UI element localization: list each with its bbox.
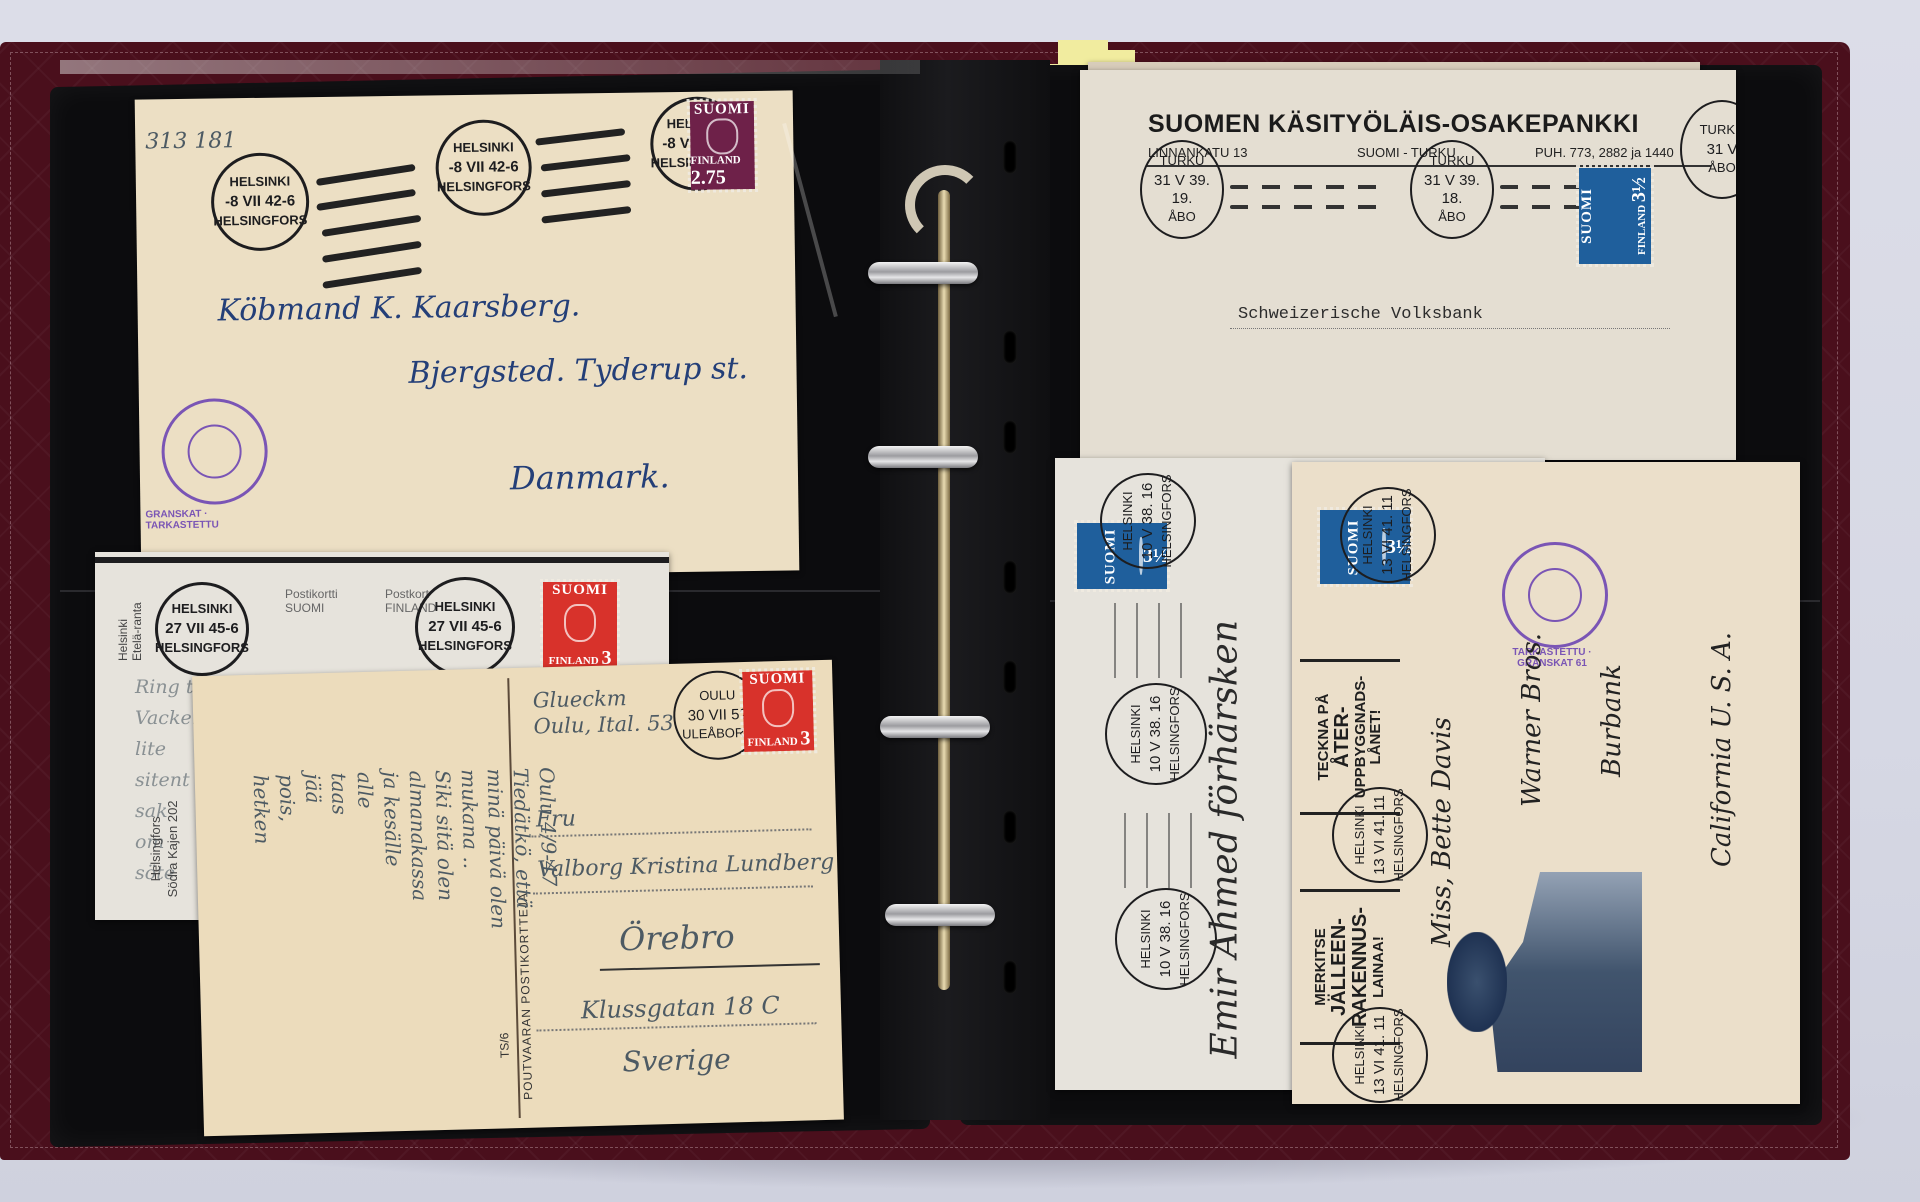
card-side-text: HelsinkiEtelä-ranta xyxy=(116,581,144,661)
address-rule xyxy=(536,1022,816,1031)
postcard-to-sweden[interactable]: POUTVAARAN POSTIKORTTEJA TS/6 Oulu 4/9-4… xyxy=(192,660,844,1137)
postmark: TURKU31 VÅBO xyxy=(1680,100,1736,199)
lion-crest-icon xyxy=(187,424,242,479)
address-line: Örebro xyxy=(619,917,735,958)
stamp-red-3[interactable]: SUOMI FINLAND 3 xyxy=(543,582,617,670)
binder-ring[interactable] xyxy=(885,904,995,926)
stamp-purple-2-75[interactable]: SUOMI FINLAND 2.75 xyxy=(690,101,755,190)
postmark: HELSINKI-8 VII 42-6HELSINGFORS xyxy=(435,119,532,216)
postmark: HELSINKI13 VI 41. 11HELSINGFORS xyxy=(1332,787,1428,883)
address-line: Warner Bros. xyxy=(1517,547,1547,807)
postmark: HELSINKI10 V 38. 16HELSINGFORS xyxy=(1115,888,1217,990)
page-punch-hole xyxy=(1003,420,1017,454)
address-line: Danmark. xyxy=(510,457,670,497)
cancel-line xyxy=(541,154,631,172)
postmark: HELSINKI27 VII 45-6HELSINGFORS xyxy=(155,582,249,676)
address-line: Klussgatan 18 C xyxy=(581,991,781,1024)
page-punch-hole xyxy=(1003,330,1017,364)
lion-crest-icon xyxy=(564,604,596,642)
message-area: Oulu 4/9-47 Tiedätkö, ettäminä päivä ole… xyxy=(208,698,509,1125)
address-rule xyxy=(1230,328,1670,329)
bank-name: SUOMEN KÄSITYÖLÄIS-OSAKEPANKKI xyxy=(1148,110,1639,139)
address-line: Fru xyxy=(536,806,577,832)
cancel-bar xyxy=(95,557,669,563)
postmark: HELSINKI10 V 38. 16HELSINGFORS xyxy=(1100,473,1196,569)
postmark: HELSINKI13 VI 41. 11HELSINGFORS xyxy=(1340,487,1436,583)
statue-figure xyxy=(1447,932,1507,1032)
bank-phone: PUH. 773, 2882 ja 1440 xyxy=(1535,145,1674,160)
page-punch-hole xyxy=(1003,140,1017,174)
wavy-cancel xyxy=(1110,813,1210,888)
card-back-imprint: HelsingforsSödra Kajen 202 xyxy=(148,774,182,920)
postmark: HELSINKI-8 VII 42-6HELSINGFORS xyxy=(210,152,309,251)
postmark: TURKU31 V 39. 19.ÅBO xyxy=(1140,140,1224,239)
lion-crest-icon xyxy=(762,689,795,728)
postmark: HELSINKI13 VI 41. 11HELSINGFORS xyxy=(1332,1007,1428,1103)
cancel-line xyxy=(316,189,416,211)
address-line: Burbank xyxy=(1597,557,1627,777)
underlying-cover-edge xyxy=(1088,62,1700,70)
censor-mark xyxy=(161,398,268,505)
sleeve-top-edge xyxy=(60,60,920,74)
address-line: Emir Ahmed förhärsken xyxy=(1205,559,1246,1059)
postmark: HELSINKI10 V 38. 16HELSINGFORS xyxy=(1105,683,1207,785)
binder-ring[interactable] xyxy=(880,716,990,738)
postmark: TURKU31 V 39. 18.ÅBO xyxy=(1410,140,1494,239)
binder-ring[interactable] xyxy=(868,446,978,468)
cancel-line xyxy=(316,164,416,186)
sender-address: GlueckmOulu, Ital. 53 xyxy=(532,684,674,740)
censor-text: GRANSKAT · TARKASTETTU xyxy=(145,508,275,532)
page-punch-hole xyxy=(1003,560,1017,594)
cover-to-denmark[interactable]: 313 181 HELSINKI-8 VII 42-6HELSINGFORS H… xyxy=(135,90,800,579)
ring-lever[interactable] xyxy=(905,165,985,245)
postmark: HELSINKI27 VII 45-6HELSINGFORS xyxy=(415,577,515,677)
cancel-line xyxy=(541,206,631,224)
cancel-line xyxy=(322,215,422,237)
address-line: Köbmand K. Kaarsberg. xyxy=(217,288,580,328)
card-imprint: PostikorttiSUOMI xyxy=(285,587,338,616)
cancel-line xyxy=(322,267,422,289)
cancel-line xyxy=(1230,185,1390,189)
stamp-blue-3-5[interactable]: SUOMI FINLAND 3½ xyxy=(1579,168,1651,264)
cancel-line xyxy=(1230,205,1390,209)
lion-crest-icon xyxy=(706,118,738,154)
address-line: Bjergsted. Tyderup st. xyxy=(408,351,748,391)
cover-to-usa[interactable]: SUOMI 3½ HELSINKI13 VI 41. 11HELSINGFORS… xyxy=(1292,462,1800,1104)
bank-cover-to-switzerland[interactable]: SUOMEN KÄSITYÖLÄIS-OSAKEPANKKI LINNANKAT… xyxy=(1080,70,1736,460)
stamp-red-3[interactable]: SUOMI FINLAND 3 xyxy=(742,670,814,752)
ring-rod xyxy=(938,190,950,990)
addressee: Schweizerische Volksbank xyxy=(1238,305,1483,324)
page-punch-hole xyxy=(1003,960,1017,994)
address-line: Miss, Bette Davis xyxy=(1427,607,1457,947)
binder-ring[interactable] xyxy=(868,262,978,284)
censor-text: TARKASTETTU · GRANSKAT 61 xyxy=(1492,647,1612,669)
address-underline xyxy=(600,963,820,971)
address-line: Sverige xyxy=(622,1042,731,1078)
address-rule xyxy=(533,885,813,894)
cancel-line xyxy=(541,180,631,198)
cancel-line xyxy=(322,241,422,263)
page-punch-hole xyxy=(1003,810,1017,844)
page-punch-hole xyxy=(1003,660,1017,694)
handwritten-message: Oulu 4/9-47 Tiedätkö, ettäminä päivä ole… xyxy=(270,767,571,1136)
address-line: California U. S. A. xyxy=(1707,527,1737,867)
address-line: Valborg Kristina Lundberg xyxy=(537,850,835,883)
wavy-cancel xyxy=(1100,603,1200,678)
pencil-note: 313 181 xyxy=(145,128,236,154)
cancel-line xyxy=(535,128,625,146)
